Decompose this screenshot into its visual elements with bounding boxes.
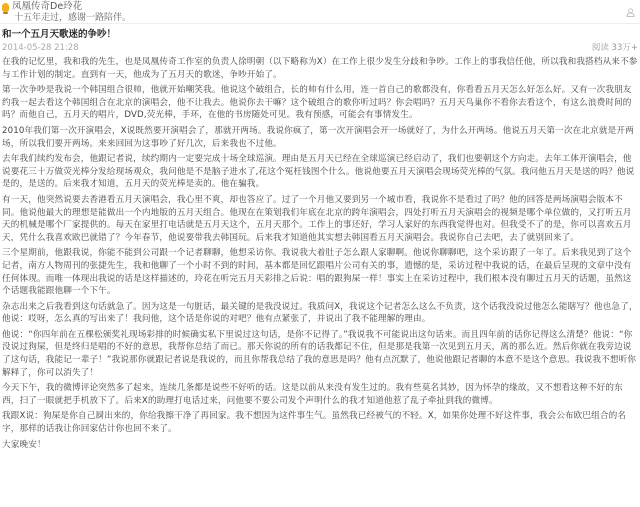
paragraph: 他说：“你四年前在五棵松颁奖礼现场彩排的时候确实私下里说过这句话，是你不记得了。…: [2, 329, 638, 379]
person-icon[interactable]: [626, 8, 635, 17]
article-date: 2014-05-28 21:28: [2, 43, 79, 54]
paragraph: 我跟X说：狗屎是你自己屙出来的，你给我擦干净了再回家。我不想因为这件事生气。虽然…: [2, 410, 638, 435]
paragraph: 大家晚安！: [2, 439, 638, 452]
paragraph: 去年我们续约发布会，他跟记者说，续约期内一定要完成十场全球巡演。理由是五月天已经…: [2, 153, 638, 191]
author-motto: 十五年走过，感谢一路陪伴。: [14, 13, 131, 24]
paragraph: 2010年我们第一次开演唱会，X说既然要开演唱会了，那就开两场。我说你疯了，第一…: [2, 125, 638, 150]
article-title: 和一个五月天歌迷的争吵！: [2, 29, 116, 41]
author-row[interactable]: 凤凰传奇De玲花: [2, 1, 82, 13]
author-header: 凤凰传奇De玲花 十五年走过，感谢一路陪伴。: [0, 0, 640, 24]
paragraph: 在我的记忆里，我和我的先生，也是凤凰传奇工作室的负责人徐明朝（以下略称为X）在工…: [2, 56, 638, 81]
article-body: 在我的记忆里，我和我的先生，也是凤凰传奇工作室的负责人徐明朝（以下略称为X）在工…: [2, 56, 638, 454]
paragraph: 杂志出来之后我看到这句话就急了。因为这是一句脏话，最关键的是我没说过。我质问X，…: [2, 301, 638, 326]
paragraph: 今天下午，我的微博评论突然多了起来，连续几条都是说些不好听的话。这是以前从来没有…: [2, 382, 638, 407]
paragraph: 有一天，他突然说要去香港看五月天演唱会，我心里不爽，却也答应了。过了一个月他又要…: [2, 194, 638, 244]
lightbulb-icon: [2, 3, 9, 12]
author-name[interactable]: 凤凰传奇De玲花: [12, 1, 82, 13]
paragraph: 第一次争吵是我说一个韩国组合很帅，他就开始嘲笑我。他说这个破组合，长的帅有什么用…: [2, 84, 638, 122]
paragraph: 三个星期前，他跟我说，你能不能到公司跟一个记者聊聊，他想采访你。我说我大着肚子怎…: [2, 247, 638, 297]
read-count: 阅读 33万+: [592, 43, 638, 54]
